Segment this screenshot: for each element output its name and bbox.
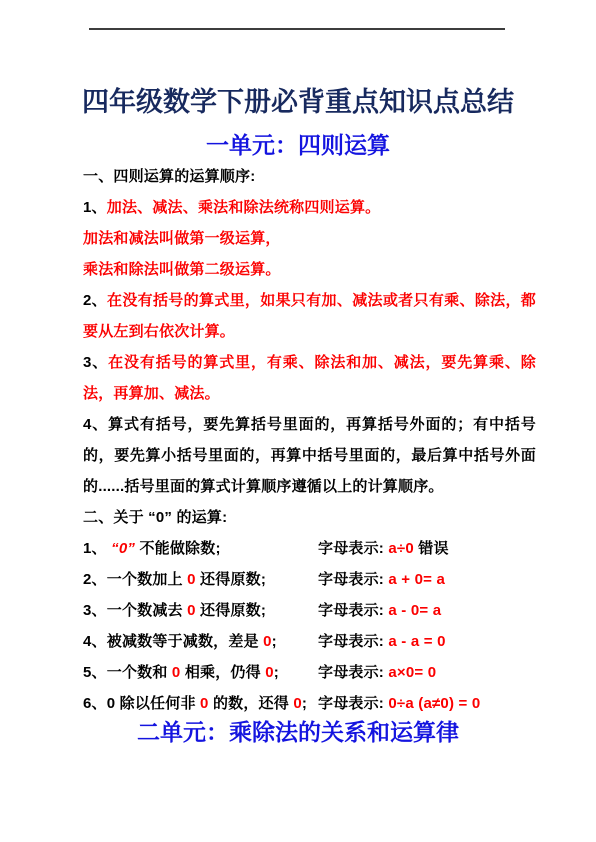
text-segment: 0 <box>200 695 209 712</box>
text-segment: 字母表示: <box>318 695 388 712</box>
rule-formula: 字母表示: a + 0= a <box>318 564 445 595</box>
rule-statement: 5、一个数和 0 相乘，仍得 0; <box>83 664 279 681</box>
text-segment: 0 <box>263 633 272 650</box>
text-segment: 字母表示: <box>318 540 388 557</box>
text-segment: 在没有括号的算式里，如果只有加、减法或者只有乘、除法，都要从左到右依次计算。 <box>83 292 536 340</box>
text-segment: 字母表示: <box>318 571 388 588</box>
zero-rule-row: 5、一个数和 0 相乘，仍得 0;字母表示: a×0= 0 <box>83 657 536 688</box>
rule-statement: 1、 “0” 不能做除数; <box>83 540 221 557</box>
paragraph: 乘法和除法叫做第二级运算。 <box>83 254 536 285</box>
unit1-heading: 一单元：四则运算 <box>0 127 596 160</box>
zero-rule-row: 4、被减数等于减数，差是 0;字母表示: a - a = 0 <box>83 626 536 657</box>
text-segment: 字母表示: <box>318 602 388 619</box>
text-segment: 字母表示: <box>318 664 388 681</box>
rule-statement: 4、被减数等于减数，差是 0; <box>83 633 277 650</box>
text-segment: 二、关于 “0” 的运算: <box>83 509 227 526</box>
text-segment: 0 <box>293 695 302 712</box>
text-segment: 0÷a (a≠0) = 0 <box>388 695 480 712</box>
document-title: 四年级数学下册必背重点知识点总结 <box>0 80 596 119</box>
text-segment: 3、 <box>83 354 108 371</box>
text-segment: 4、算式有括号，要先算括号里面的，再算括号外面的；有中括号的，要先算小括号里面的… <box>83 416 536 495</box>
header-rule-line <box>89 28 505 30</box>
text-segment: a÷0 <box>388 540 414 557</box>
text-segment: 6、0 除以任何非 <box>83 695 200 712</box>
paragraph: 2、在没有括号的算式里，如果只有加、减法或者只有乘、除法，都要从左到右依次计算。 <box>83 285 536 347</box>
zero-rule-row: 3、一个数减去 0 还得原数;字母表示: a - 0= a <box>83 595 536 626</box>
text-segment: 还得原数; <box>196 602 266 619</box>
text-segment: 一、四则运算的运算顺序: <box>83 168 255 185</box>
document-page: 四年级数学下册必背重点知识点总结 一单元：四则运算 一、四则运算的运算顺序:1、… <box>0 0 596 842</box>
paragraph: 1、加法、减法、乘法和除法统称四则运算。 <box>83 192 536 223</box>
text-segment: 0 <box>265 664 274 681</box>
text-segment: 字母表示: <box>318 633 388 650</box>
text-segment: ; <box>302 695 307 712</box>
rule-formula: 字母表示: a - a = 0 <box>318 626 446 657</box>
text-segment: 错误 <box>414 540 449 557</box>
text-segment: 2、一个数加上 <box>83 571 187 588</box>
text-segment: a - a = 0 <box>388 633 445 650</box>
paragraph: 3、在没有括号的算式里，有乘、除法和加、减法，要先算乘、除法，再算加、减法。 <box>83 347 536 409</box>
text-segment: 相乘，仍得 <box>180 664 265 681</box>
text-segment: 0 <box>187 602 196 619</box>
zero-rule-row: 2、一个数加上 0 还得原数;字母表示: a + 0= a <box>83 564 536 595</box>
paragraph: 二、关于 “0” 的运算: <box>83 502 536 533</box>
paragraph: 一、四则运算的运算顺序: <box>83 161 536 192</box>
text-segment: 1、 <box>83 540 111 557</box>
text-segment: 3、一个数减去 <box>83 602 187 619</box>
unit2-heading: 二单元：乘除法的关系和运算律 <box>0 714 596 747</box>
text-segment: 的数，还得 <box>209 695 294 712</box>
text-segment: 5、一个数和 <box>83 664 172 681</box>
text-segment: 还得原数; <box>196 571 266 588</box>
text-segment: 乘法和除法叫做第二级运算。 <box>83 261 281 278</box>
rule-formula: 字母表示: a×0= 0 <box>318 657 436 688</box>
text-segment: 在没有括号的算式里，有乘、除法和加、减法，要先算乘、除法，再算加、减法。 <box>83 354 536 402</box>
rule-statement: 3、一个数减去 0 还得原数; <box>83 602 266 619</box>
body-content: 一、四则运算的运算顺序:1、加法、减法、乘法和除法统称四则运算。加法和减法叫做第… <box>83 161 536 719</box>
text-segment: a - 0= a <box>388 602 441 619</box>
text-segment: 1、 <box>83 199 107 216</box>
text-segment: ; <box>272 633 277 650</box>
text-segment: a + 0= a <box>388 571 445 588</box>
text-segment: 加法和减法叫做第一级运算， <box>83 230 281 247</box>
zero-rule-row: 1、 “0” 不能做除数;字母表示: a÷0 错误 <box>83 533 536 564</box>
rule-formula: 字母表示: a÷0 错误 <box>318 533 449 564</box>
text-segment: ; <box>274 664 279 681</box>
text-segment: 0 <box>187 571 196 588</box>
text-segment: 4、被减数等于减数，差是 <box>83 633 263 650</box>
paragraph: 4、算式有括号，要先算括号里面的，再算括号外面的；有中括号的，要先算小括号里面的… <box>83 409 536 502</box>
text-segment: 不能做除数; <box>135 540 221 557</box>
rule-formula: 字母表示: a - 0= a <box>318 595 441 626</box>
text-segment: “0” <box>111 540 135 557</box>
text-segment: 2、 <box>83 292 107 309</box>
rule-statement: 2、一个数加上 0 还得原数; <box>83 571 266 588</box>
paragraph: 加法和减法叫做第一级运算， <box>83 223 536 254</box>
rule-statement: 6、0 除以任何非 0 的数，还得 0; <box>83 695 307 712</box>
text-segment: a×0= 0 <box>388 664 436 681</box>
text-segment: 加法、减法、乘法和除法统称四则运算。 <box>107 199 381 216</box>
